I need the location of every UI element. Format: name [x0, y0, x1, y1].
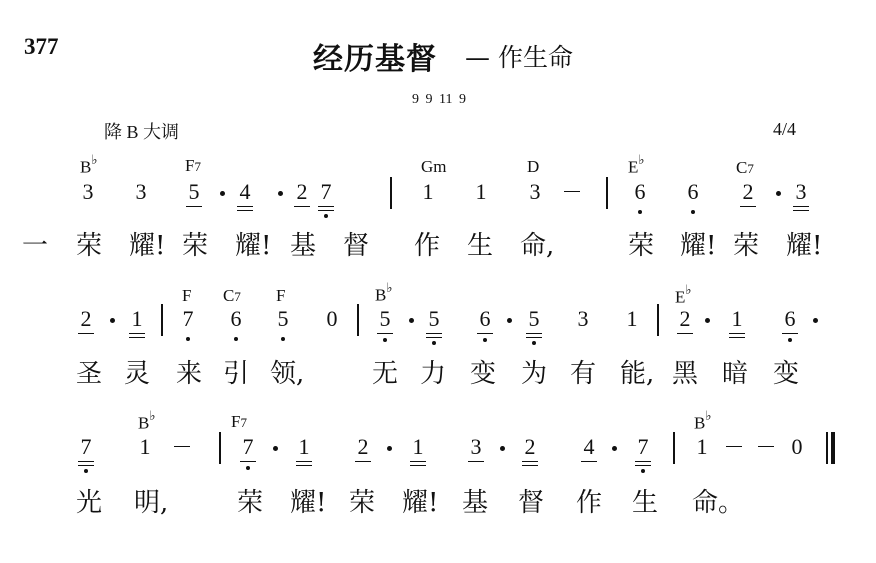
barline — [219, 432, 221, 464]
final-barline-thin — [826, 432, 828, 464]
chord-symbol: C7 — [223, 287, 241, 304]
lower-octave-dot — [641, 469, 645, 473]
note: 1 — [420, 181, 436, 203]
lyric-syllable: 光 — [76, 490, 102, 516]
chord-symbol: E♭ — [675, 285, 692, 306]
lyric-syllable: 耀! — [786, 233, 822, 259]
lyric-syllable: 荣 — [182, 233, 208, 259]
lyric-syllable: 作 — [576, 490, 602, 516]
lyric-syllable: 暗 — [722, 361, 748, 387]
note: 7 — [318, 181, 334, 203]
lyric-syllable: 引 — [223, 361, 249, 387]
lower-octave-dot — [432, 341, 436, 345]
note: 1 — [410, 436, 426, 458]
sustain-dash — [726, 446, 742, 447]
chord-symbol: B♭ — [138, 411, 155, 432]
lyric-syllable: 变 — [773, 361, 799, 387]
note: 5 — [186, 181, 202, 203]
lyric-syllable: 荣 — [349, 490, 375, 516]
lyric-syllable: 耀! — [402, 490, 438, 516]
lyric-syllable: 变 — [470, 361, 496, 387]
note: 3 — [468, 436, 484, 458]
underline — [522, 465, 538, 466]
lyric-syllable: 命, — [520, 233, 554, 259]
barline — [606, 177, 608, 209]
note: 1 — [473, 181, 489, 203]
lyric-syllable: 命。 — [692, 490, 744, 516]
chord-symbol: F7 — [185, 157, 201, 174]
final-barline-thick — [831, 432, 835, 464]
note: 4 — [581, 436, 597, 458]
underline — [237, 206, 253, 207]
note: 6 — [685, 181, 701, 203]
note: 2 — [355, 436, 371, 458]
augmentation-dot — [278, 191, 283, 196]
lyric-syllable: 能, — [620, 361, 654, 387]
underline — [426, 333, 442, 334]
underline — [186, 206, 202, 207]
underline — [526, 333, 542, 334]
lyric-syllable: 荣 — [76, 233, 102, 259]
note: 4 — [237, 181, 253, 203]
lyric-syllable: 耀! — [235, 233, 271, 259]
underline — [355, 461, 371, 462]
lyric-syllable: 基 — [462, 490, 488, 516]
note: 3 — [133, 181, 149, 203]
note: 2 — [740, 181, 756, 203]
lyric-syllable: 来 — [176, 361, 202, 387]
underline — [129, 337, 145, 338]
chord-symbol: F — [182, 287, 191, 304]
note: 3 — [527, 181, 543, 203]
note: 7 — [78, 436, 94, 458]
augmentation-dot — [813, 318, 818, 323]
underline — [635, 465, 651, 466]
underline — [522, 461, 538, 462]
underline — [526, 337, 542, 338]
lower-octave-dot — [324, 214, 328, 218]
meter: 9 9 11 9 — [412, 92, 466, 108]
chord-symbol: B♭ — [694, 411, 711, 432]
underline — [468, 461, 484, 462]
chord-symbol: B♭ — [80, 155, 97, 176]
augmentation-dot — [273, 446, 278, 451]
chord-symbol: F7 — [231, 413, 247, 430]
barline — [357, 304, 359, 336]
augmentation-dot — [220, 191, 225, 196]
note: 3 — [80, 181, 96, 203]
underline — [426, 337, 442, 338]
lyric-syllable: 无 — [372, 361, 398, 387]
lower-octave-dot — [691, 210, 695, 214]
augmentation-dot — [507, 318, 512, 323]
underline — [729, 333, 745, 334]
augmentation-dot — [110, 318, 115, 323]
lyric-syllable: 督 — [343, 233, 369, 259]
lyric-syllable: 耀! — [680, 233, 716, 259]
lower-octave-dot — [281, 337, 285, 341]
note: 1 — [729, 308, 745, 330]
key-signature: 降 B 大调 — [104, 118, 179, 144]
underline — [410, 465, 426, 466]
note: 7 — [240, 436, 256, 458]
lyric-syllable: 生 — [632, 490, 658, 516]
note: 6 — [782, 308, 798, 330]
underline — [729, 337, 745, 338]
lyric-syllable: 生 — [467, 233, 493, 259]
underline — [793, 206, 809, 207]
lyric-syllable: 明, — [134, 490, 168, 516]
note: 6 — [632, 181, 648, 203]
underline — [740, 206, 756, 207]
augmentation-dot — [387, 446, 392, 451]
lyric-syllable: 黑 — [672, 361, 698, 387]
augmentation-dot — [612, 446, 617, 451]
note: 1 — [694, 436, 710, 458]
lyric-syllable: 荣 — [237, 490, 263, 516]
note: 1 — [129, 308, 145, 330]
lower-octave-dot — [383, 338, 387, 342]
note: 6 — [228, 308, 244, 330]
underline — [78, 333, 94, 334]
sustain-dash — [564, 191, 580, 192]
augmentation-dot — [500, 446, 505, 451]
lyric-syllable: 领, — [270, 361, 304, 387]
lower-octave-dot — [246, 466, 250, 470]
note: 0 — [789, 436, 805, 458]
barline — [657, 304, 659, 336]
note: 1 — [296, 436, 312, 458]
lyric-syllable: 督 — [518, 490, 544, 516]
underline — [240, 461, 256, 462]
underline — [581, 461, 597, 462]
note: 7 — [180, 308, 196, 330]
underline — [377, 333, 393, 334]
augmentation-dot — [705, 318, 710, 323]
underline — [78, 461, 94, 462]
lyric-syllable: 灵 — [124, 361, 150, 387]
lyric-syllable: 耀! — [129, 233, 165, 259]
note: 3 — [793, 181, 809, 203]
underline — [782, 333, 798, 334]
underline — [318, 206, 334, 207]
chord-symbol: F — [276, 287, 285, 304]
note: 2 — [294, 181, 310, 203]
hymn-number: 377 — [24, 34, 59, 60]
sustain-dash — [174, 446, 190, 447]
underline — [477, 333, 493, 334]
note: 7 — [635, 436, 651, 458]
note: 5 — [526, 308, 542, 330]
barline — [673, 432, 675, 464]
underline — [296, 465, 312, 466]
lower-octave-dot — [483, 338, 487, 342]
lyric-syllable: 基 — [290, 233, 316, 259]
lyric-syllable: 荣 — [628, 233, 654, 259]
lower-octave-dot — [788, 338, 792, 342]
hymn-title: 经历基督 — [313, 34, 437, 78]
underline — [237, 210, 253, 211]
chord-symbol: C7 — [736, 159, 754, 176]
underline — [296, 461, 312, 462]
chord-symbol: D — [527, 158, 539, 175]
lyric-syllable: 圣 — [76, 361, 102, 387]
underline — [294, 206, 310, 207]
note: 2 — [78, 308, 94, 330]
barline — [161, 304, 163, 336]
augmentation-dot — [776, 191, 781, 196]
sustain-dash — [758, 446, 774, 447]
note: 5 — [426, 308, 442, 330]
lyric-syllable: 为 — [521, 361, 547, 387]
note: 2 — [522, 436, 538, 458]
lower-octave-dot — [84, 469, 88, 473]
lyric-syllable: 力 — [420, 361, 446, 387]
underline — [78, 465, 94, 466]
note: 1 — [137, 436, 153, 458]
note: 6 — [477, 308, 493, 330]
lyric-syllable: 荣 — [733, 233, 759, 259]
note: 5 — [377, 308, 393, 330]
augmentation-dot — [409, 318, 414, 323]
lyric-syllable: 耀! — [290, 490, 326, 516]
chord-symbol: Gm — [421, 158, 447, 175]
note: 1 — [624, 308, 640, 330]
chord-symbol: E♭ — [628, 155, 645, 176]
underline — [410, 461, 426, 462]
note: 2 — [677, 308, 693, 330]
underline — [129, 333, 145, 334]
hymn-subtitle: — 作生命 — [465, 38, 573, 74]
lyric-syllable: 有 — [570, 361, 596, 387]
lyric-syllable: 作 — [414, 233, 440, 259]
underline — [677, 333, 693, 334]
underline — [793, 210, 809, 211]
note: 0 — [324, 308, 340, 330]
lower-octave-dot — [234, 337, 238, 341]
barline — [390, 177, 392, 209]
note: 5 — [275, 308, 291, 330]
lower-octave-dot — [186, 337, 190, 341]
underline — [635, 461, 651, 462]
chord-symbol: B♭ — [375, 283, 392, 304]
underline — [318, 210, 334, 211]
note: 3 — [575, 308, 591, 330]
lyric-syllable: 一 — [22, 233, 48, 259]
time-signature: 4/4 — [773, 119, 796, 140]
lower-octave-dot — [638, 210, 642, 214]
lower-octave-dot — [532, 341, 536, 345]
